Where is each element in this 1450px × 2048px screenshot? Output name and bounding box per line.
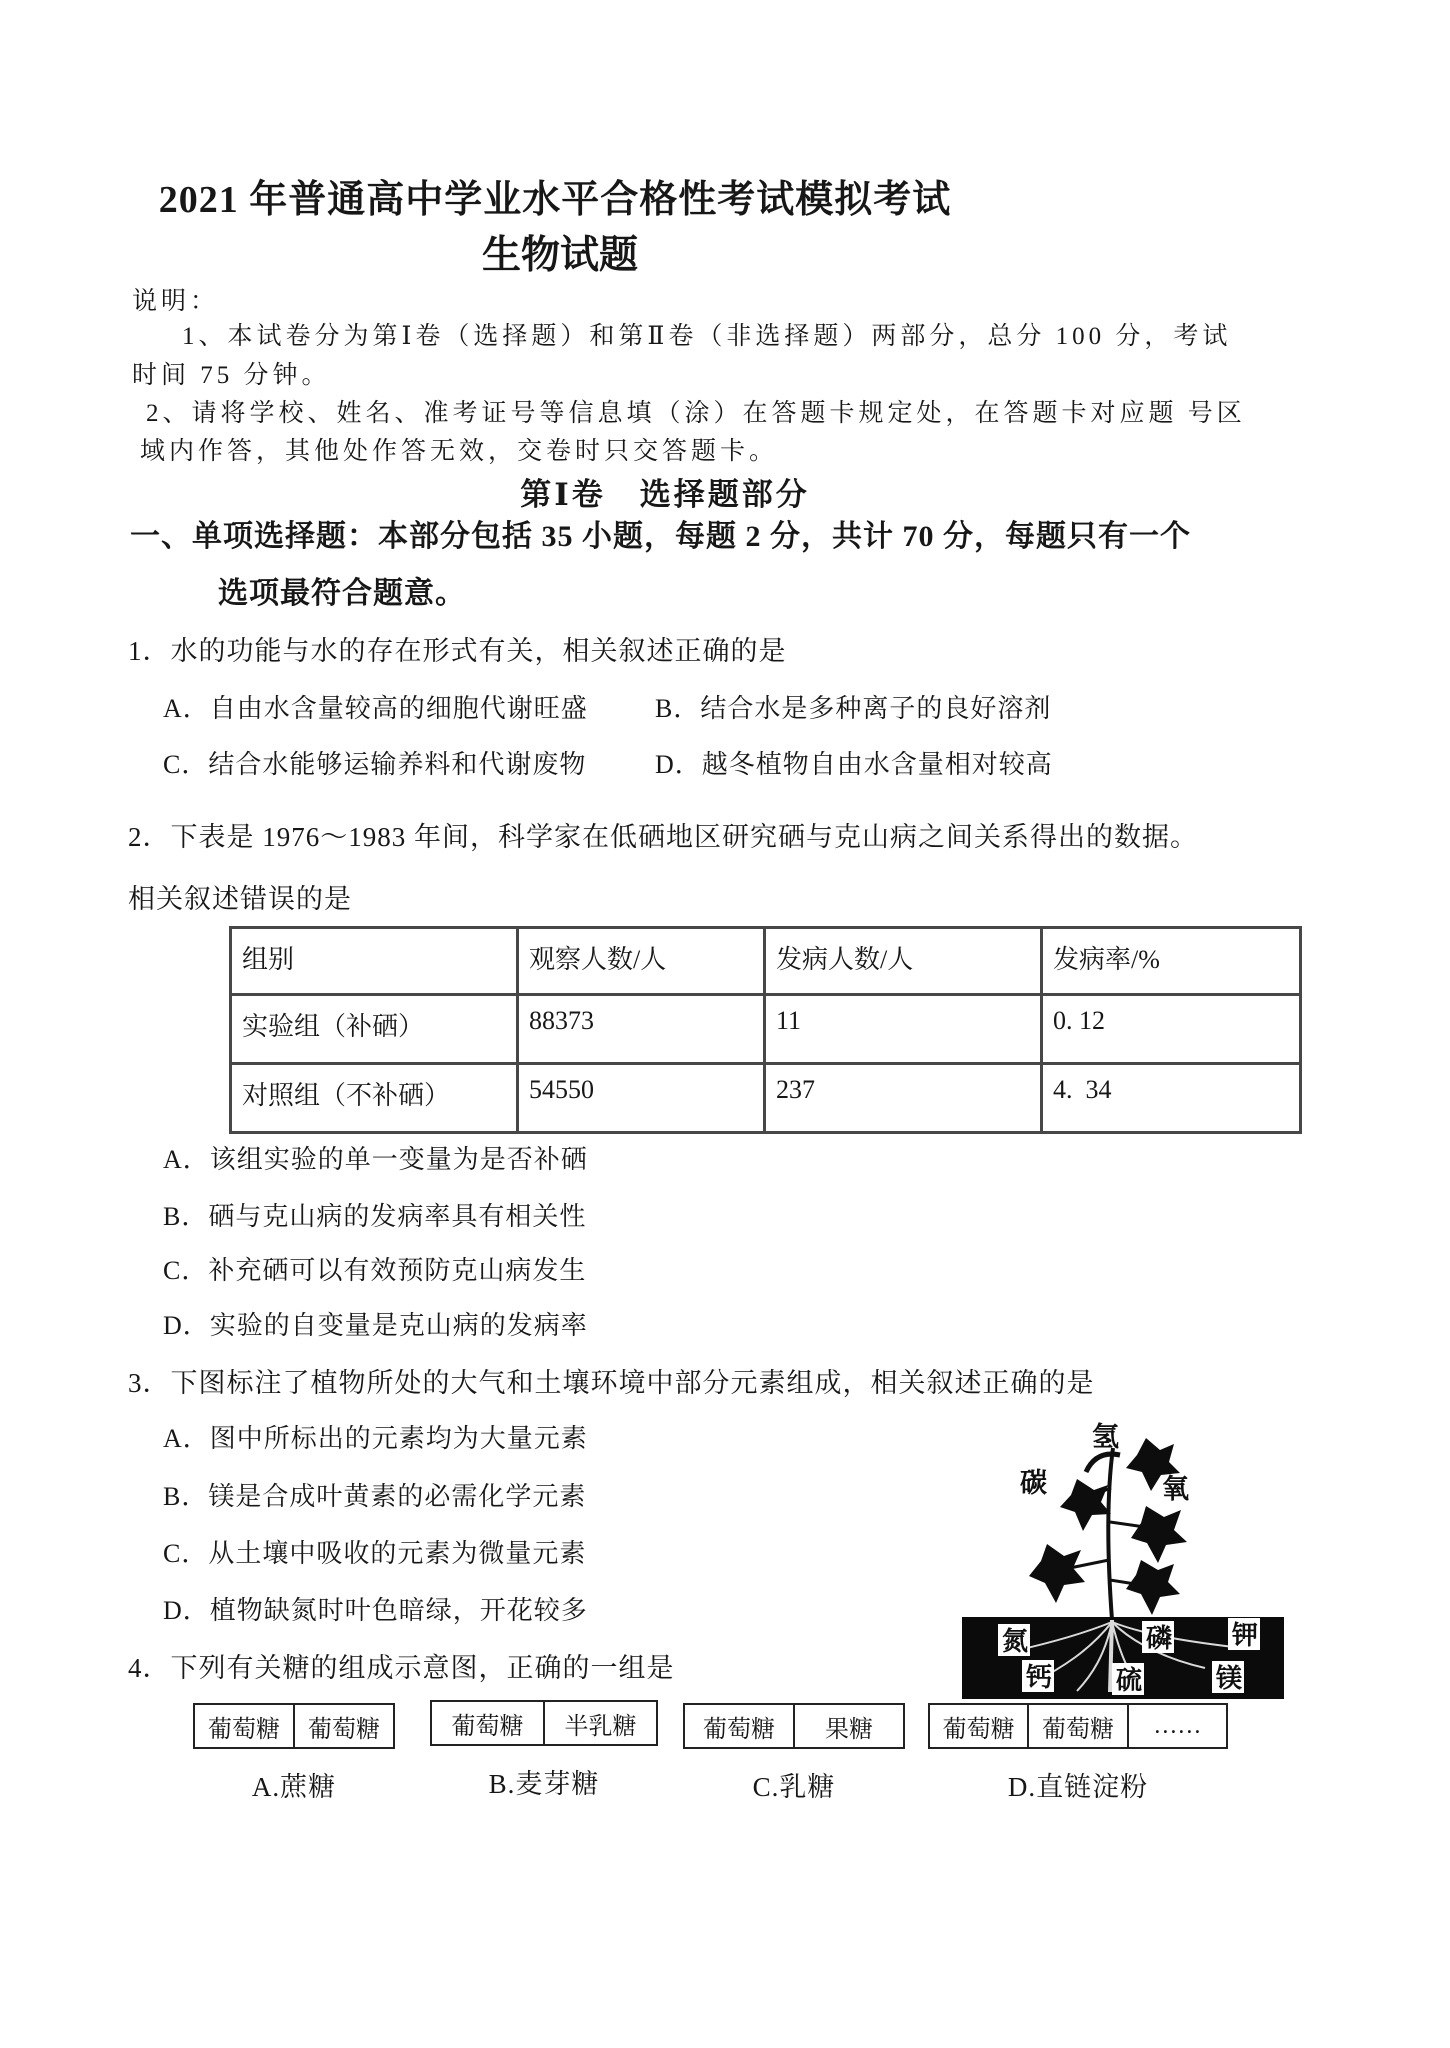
sugar-diagram-maltose: 葡萄糖 半乳糖 B.麦芽糖 bbox=[430, 1700, 658, 1801]
sugar-diagram-label: D.直链淀粉 bbox=[928, 1765, 1228, 1804]
air-element-label-hydrogen: 氢 bbox=[1092, 1421, 1119, 1452]
question-1-option-d: D．越冬植物自由水含量相对较高 bbox=[655, 744, 1053, 781]
table-header-incidence: 发病率/% bbox=[1042, 928, 1301, 995]
sugar-diagram-lactose: 葡萄糖 果糖 C.乳糖 bbox=[683, 1703, 905, 1804]
note-2-line-1: 2、请将学校、姓名、准考证号等信息填（涂）在答题卡规定处，在答题卡对应题 号区 bbox=[146, 393, 1246, 429]
question-2-option-b: B．硒与克山病的发病率具有相关性 bbox=[163, 1196, 586, 1233]
table-cell: 237 bbox=[765, 1064, 1042, 1133]
table-header-observed: 观察人数/人 bbox=[518, 928, 765, 995]
section-1-heading: 第Ⅰ卷 选择题部分 bbox=[0, 469, 1330, 514]
question-1-option-a: A．自由水含量较高的细胞代谢旺盛 bbox=[163, 688, 588, 725]
section-1-intro-line-1: 一、单项选择题：本部分包括 35 小题，每题 2 分，共计 70 分，每题只有一… bbox=[130, 511, 1191, 555]
question-2-option-c: C．补充硒可以有效预防克山病发生 bbox=[163, 1250, 586, 1287]
sugar-unit: 葡萄糖 bbox=[195, 1705, 295, 1747]
soil-element-label-calcium: 钙 bbox=[1026, 1663, 1052, 1692]
question-1-option-c: C．结合水能够运输养料和代谢废物 bbox=[163, 744, 586, 781]
table-row: 对照组（不补硒） 54550 237 4. 34 bbox=[231, 1064, 1301, 1133]
soil-element-label-phosphorus: 磷 bbox=[1146, 1624, 1172, 1653]
plant-sprout bbox=[1086, 1454, 1120, 1472]
table-cell: 对照组（不补硒） bbox=[231, 1064, 518, 1133]
table-cell: 4. 34 bbox=[1042, 1064, 1301, 1133]
sugar-unit: 葡萄糖 bbox=[930, 1705, 1029, 1747]
question-1-option-b: B．结合水是多种离子的良好溶剂 bbox=[655, 688, 1051, 725]
sugar-unit: 葡萄糖 bbox=[685, 1705, 795, 1747]
exam-paper-page: 2021 年普通高中学业水平合格性考试模拟考试 生物试题 说明： 1、本试卷分为… bbox=[0, 0, 1450, 2048]
sugar-diagram-label: C.乳糖 bbox=[683, 1765, 905, 1804]
sugar-unit: 半乳糖 bbox=[545, 1702, 656, 1744]
plant-elements-diagram: 碳 氢 氧 氮 磷 钾 bbox=[950, 1402, 1295, 1712]
question-2-stem-line-2: 相关叙述错误的是 bbox=[128, 877, 352, 916]
sugar-diagram-sucrose: 葡萄糖 葡萄糖 A.蔗糖 bbox=[193, 1703, 395, 1804]
question-3-option-d: D．植物缺氮时叶色暗绿，开花较多 bbox=[163, 1590, 588, 1627]
air-element-label-carbon: 碳 bbox=[1020, 1468, 1047, 1498]
sugar-unit: 葡萄糖 bbox=[1029, 1705, 1128, 1747]
sugar-unit-ellipsis: …… bbox=[1129, 1705, 1226, 1747]
question-3-option-a: A．图中所标出的元素均为大量元素 bbox=[163, 1418, 588, 1455]
soil-element-label-magnesium: 镁 bbox=[1215, 1663, 1242, 1693]
soil-element-label-nitrogen: 氮 bbox=[1002, 1627, 1028, 1656]
note-2-line-2: 域内作答，其他处作答无效，交卷时只交答题卡。 bbox=[140, 431, 778, 467]
air-element-label-oxygen: 氧 bbox=[1162, 1474, 1189, 1504]
table-cell: 0. 12 bbox=[1042, 995, 1301, 1064]
table-cell: 54550 bbox=[518, 1064, 765, 1133]
section-1-intro-line-2: 选项最符合题意。 bbox=[218, 568, 466, 612]
table-header-row: 组别 观察人数/人 发病人数/人 发病率/% bbox=[231, 928, 1301, 995]
question-1-stem: 1．水的功能与水的存在形式有关，相关叙述正确的是 bbox=[128, 629, 787, 668]
sugar-unit: 葡萄糖 bbox=[295, 1705, 393, 1747]
table-cell: 88373 bbox=[518, 995, 765, 1064]
sugar-unit-boxes: 葡萄糖 葡萄糖 …… bbox=[928, 1703, 1228, 1749]
sugar-diagram-label: B.麦芽糖 bbox=[430, 1762, 658, 1801]
exam-subject-title: 生物试题 bbox=[0, 224, 1120, 280]
sugar-unit-boxes: 葡萄糖 果糖 bbox=[683, 1703, 905, 1749]
plant-leaf bbox=[1126, 1560, 1180, 1615]
question-2-stem-line-1: 2．下表是 1976～1983 年间，科学家在低硒地区研究硒与克山病之间关系得出… bbox=[128, 815, 1198, 854]
sugar-unit: 果糖 bbox=[795, 1705, 903, 1747]
note-1-line-1: 1、本试卷分为第Ⅰ卷（选择题）和第Ⅱ卷（非选择题）两部分，总分 100 分，考试 bbox=[182, 316, 1231, 352]
table-cell: 实验组（补硒） bbox=[231, 995, 518, 1064]
plant-stem bbox=[1108, 1448, 1113, 1620]
table-cell: 11 bbox=[765, 995, 1042, 1064]
question-3-option-b: B．镁是合成叶黄素的必需化学元素 bbox=[163, 1476, 586, 1513]
table-header-cases: 发病人数/人 bbox=[765, 928, 1042, 995]
question-2-option-d: D．实验的自变量是克山病的发病率 bbox=[163, 1305, 588, 1342]
note-1-line-2: 时间 75 分钟。 bbox=[132, 355, 331, 391]
sugar-unit: 葡萄糖 bbox=[432, 1702, 545, 1744]
plant-leaf bbox=[1029, 1544, 1085, 1603]
soil-element-label-potassium: 钾 bbox=[1231, 1620, 1258, 1650]
sugar-diagram-label: A.蔗糖 bbox=[193, 1765, 395, 1804]
table-row: 实验组（补硒） 88373 11 0. 12 bbox=[231, 995, 1301, 1064]
question-2-option-a: A．该组实验的单一变量为是否补硒 bbox=[163, 1139, 588, 1176]
sugar-unit-boxes: 葡萄糖 葡萄糖 bbox=[193, 1703, 395, 1749]
notes-label: 说明： bbox=[132, 281, 219, 317]
sugar-unit-boxes: 葡萄糖 半乳糖 bbox=[430, 1700, 658, 1746]
selenium-keshan-data-table: 组别 观察人数/人 发病人数/人 发病率/% 实验组（补硒） 88373 11 … bbox=[229, 926, 1302, 1134]
table-header-group: 组别 bbox=[231, 928, 518, 995]
soil-element-label-sulfur: 硫 bbox=[1116, 1665, 1142, 1695]
question-3-option-c: C．从土壤中吸收的元素为微量元素 bbox=[163, 1533, 586, 1570]
plant-leaf bbox=[1060, 1479, 1111, 1531]
sugar-diagram-amylose: 葡萄糖 葡萄糖 …… D.直链淀粉 bbox=[928, 1703, 1228, 1804]
plant-elements-illustration: 碳 氢 氧 氮 磷 钾 bbox=[950, 1402, 1295, 1712]
plant-leaf bbox=[1131, 1506, 1187, 1563]
question-4-stem: 4．下列有关糖的组成示意图，正确的一组是 bbox=[128, 1646, 675, 1685]
question-3-stem: 3．下图标注了植物所处的大气和土壤环境中部分元素组成，相关叙述正确的是 bbox=[128, 1361, 1095, 1400]
exam-title: 2021 年普通高中学业水平合格性考试模拟考试 bbox=[0, 168, 1110, 223]
